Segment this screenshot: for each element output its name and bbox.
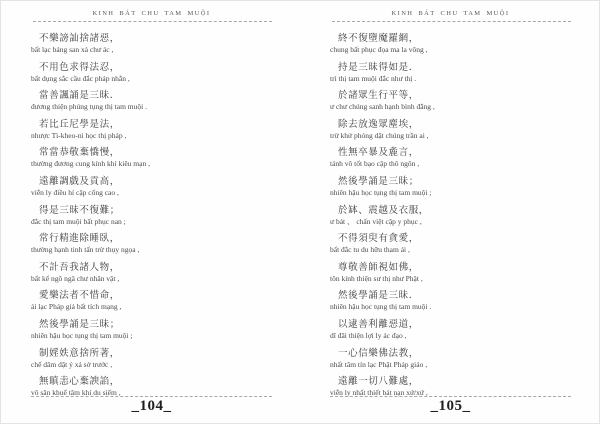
couplet-line-chinese: 然後學誦是三昧； — [330, 177, 571, 188]
couplet-line-chinese: 性無卒暴及麁言， — [330, 148, 571, 159]
couplet-line-vietnamese: nhiên hậu học tụng thị tam muội . — [330, 302, 571, 311]
page-number: _105_ — [330, 398, 571, 415]
couplet-line-vietnamese: ư bát 、 chấn việt cập y phục , — [330, 217, 571, 226]
page-right: KINH BÁT CHU TAM MUỘI 終不復墮魔羅網， chung bất… — [300, 1, 599, 424]
page-right-footer: _105_ — [330, 396, 571, 415]
verse-couplet: 常當恭敬棄憍慢， thường đương cung kính khí kiêu… — [31, 148, 272, 168]
couplet-line-chinese: 以逮善利離惡道， — [330, 320, 571, 331]
couplet-line-chinese: 一心信樂佛法教， — [330, 349, 571, 360]
header-rule — [33, 21, 272, 22]
couplet-line-vietnamese: tôn kính thiện sư thị như Phật , — [330, 274, 571, 283]
page-right-header: KINH BÁT CHU TAM MUỘI — [330, 9, 571, 22]
couplet-line-chinese: 然後學誦是三昧． — [330, 291, 571, 302]
verse-couplet: 愛樂法者不惜命， ái lạc Pháp giả bất tích mạng , — [31, 291, 272, 311]
running-header: KINH BÁT CHU TAM MUỘI — [330, 9, 571, 18]
verse-couplet: 持是三昧得如是． trì thị tam muội đắc như thị . — [330, 63, 571, 83]
couplet-line-chinese: 不計吾我諸人物， — [31, 263, 272, 274]
couplet-line-vietnamese: ái lạc Pháp giả bất tích mạng , — [31, 302, 272, 311]
footer-rule — [330, 396, 571, 397]
couplet-line-chinese: 若比丘尼學是法， — [31, 120, 272, 131]
couplet-line-chinese: 愛樂法者不惜命， — [31, 291, 272, 302]
couplet-line-chinese: 持是三昧得如是． — [330, 63, 571, 74]
couplet-line-vietnamese: nhiên hậu học tụng thị tam muội ; — [31, 331, 272, 340]
couplet-line-vietnamese: chung bất phục đọa ma la võng , — [330, 45, 571, 54]
page-left: KINH BÁT CHU TAM MUỘI 不樂謗訕捨諸惡， bất lạc b… — [1, 1, 300, 424]
verse-couplet: 無瞋恚心棄諛諂， vô sân khuể tâm khí du siểm , — [31, 377, 272, 397]
page-number: _104_ — [31, 398, 272, 415]
verse-couplet: 若比丘尼學是法， nhược Tì-kheo-ni học thị pháp , — [31, 120, 272, 140]
couplet-line-vietnamese: đương thiện phúng tụng thị tam muội . — [31, 102, 272, 111]
verse-couplet: 性無卒暴及麁言， tánh vô tốt bạo cập thô ngôn , — [330, 148, 571, 168]
couplet-line-vietnamese: bất kể ngô ngã chư nhân vật , — [31, 274, 272, 283]
verse-couplets: 不樂謗訕捨諸惡， bất lạc báng san xả chư ác , 不用… — [31, 34, 272, 397]
verse-couplet: 一心信樂佛法教， nhất tâm tín lạc Phật Pháp giáo… — [330, 349, 571, 369]
couplet-line-vietnamese: ư chư chúng sanh hạnh bình đẳng , — [330, 102, 571, 111]
couplet-line-chinese: 不用色求得法忍， — [31, 63, 272, 74]
footer-rule — [31, 396, 272, 397]
couplet-line-vietnamese: thường đương cung kính khí kiêu mạn , — [31, 159, 272, 168]
couplet-line-vietnamese: nhược Tì-kheo-ni học thị pháp , — [31, 131, 272, 140]
verse-couplet: 不用色求得法忍， bất dụng sắc cầu đắc pháp nhẫn … — [31, 63, 272, 83]
page-left-footer: _104_ — [31, 396, 272, 415]
verse-couplet: 不樂謗訕捨諸惡， bất lạc báng san xả chư ác , — [31, 34, 272, 54]
couplet-line-vietnamese: tánh vô tốt bạo cập thô ngôn , — [330, 159, 571, 168]
couplet-line-chinese: 於缽、震越及衣服， — [330, 206, 571, 217]
couplet-line-vietnamese: chế dâm dật ý xả sở trước , — [31, 360, 272, 369]
verse-couplet: 遠離調戲及貢高， viễn ly điều hí cập cống cao , — [31, 177, 272, 197]
couplet-line-vietnamese: thường hạnh tinh tấn trừ thụy ngọa , — [31, 245, 272, 254]
verse-couplet: 除去放逸眾塵埃， trừ khử phóng dật chúng trần ai… — [330, 120, 571, 140]
couplet-line-chinese: 終不復墮魔羅網， — [330, 34, 571, 45]
header-rule — [332, 21, 571, 22]
couplet-line-chinese: 無瞋恚心棄諛諂， — [31, 377, 272, 388]
verse-couplet: 於缽、震越及衣服， ư bát 、 chấn việt cập y phục , — [330, 206, 571, 226]
couplet-line-chinese: 制婬妷意捨所著， — [31, 349, 272, 360]
verse-couplet: 以逮善利離惡道， dĩ đãi thiện lợi ly ác đạo , — [330, 320, 571, 340]
couplet-line-vietnamese: bất lạc báng san xả chư ác , — [31, 45, 272, 54]
couplet-line-chinese: 常行精進除睡臥， — [31, 234, 272, 245]
couplet-line-vietnamese: bất đắc tu du hữu tham ái , — [330, 245, 571, 254]
couplet-line-chinese: 遠離一切八難處， — [330, 377, 571, 388]
couplet-line-chinese: 尊敬善師視如佛， — [330, 263, 571, 274]
couplet-line-vietnamese: dĩ đãi thiện lợi ly ác đạo , — [330, 331, 571, 340]
book-spread: KINH BÁT CHU TAM MUỘI 不樂謗訕捨諸惡， bất lạc b… — [1, 1, 599, 423]
verse-couplet: 不得須臾有貪愛， bất đắc tu du hữu tham ái , — [330, 234, 571, 254]
verse-couplet: 然後學誦是三昧； nhiên hậu học tụng thị tam muội… — [330, 177, 571, 197]
verse-couplet: 於諸眾生行平等， ư chư chúng sanh hạnh bình đẳng… — [330, 91, 571, 111]
running-header: KINH BÁT CHU TAM MUỘI — [31, 9, 272, 18]
couplet-line-vietnamese: đắc thị tam muội bất phục nan ; — [31, 217, 272, 226]
verse-couplet: 不計吾我諸人物， bất kể ngô ngã chư nhân vật , — [31, 263, 272, 283]
couplet-line-vietnamese: nhiên hậu học tụng thị tam muội ; — [330, 188, 571, 197]
couplet-line-chinese: 不樂謗訕捨諸惡， — [31, 34, 272, 45]
verse-couplet: 終不復墮魔羅網， chung bất phục đọa ma la võng , — [330, 34, 571, 54]
couplet-line-vietnamese: nhất tâm tín lạc Phật Pháp giáo , — [330, 360, 571, 369]
couplet-line-chinese: 遠離調戲及貢高， — [31, 177, 272, 188]
couplet-line-chinese: 於諸眾生行平等， — [330, 91, 571, 102]
scanned-book-spread: KINH BÁT CHU TAM MUỘI 不樂謗訕捨諸惡， bất lạc b… — [0, 0, 600, 424]
verse-couplet: 然後學誦是三昧． nhiên hậu học tụng thị tam muội… — [330, 291, 571, 311]
verse-couplet: 制婬妷意捨所著， chế dâm dật ý xả sở trước , — [31, 349, 272, 369]
couplet-line-vietnamese: trừ khử phóng dật chúng trần ai , — [330, 131, 571, 140]
verse-couplets: 終不復墮魔羅網， chung bất phục đọa ma la võng ,… — [330, 34, 571, 397]
couplet-line-chinese: 當善諷誦是三昧． — [31, 91, 272, 102]
verse-couplet: 尊敬善師視如佛， tôn kính thiện sư thị như Phật … — [330, 263, 571, 283]
couplet-line-vietnamese: bất dụng sắc cầu đắc pháp nhẫn , — [31, 74, 272, 83]
couplet-line-vietnamese: trì thị tam muội đắc như thị . — [330, 74, 571, 83]
couplet-line-chinese: 然後學誦是三昧； — [31, 320, 272, 331]
verse-couplet: 當善諷誦是三昧． đương thiện phúng tụng thị tam … — [31, 91, 272, 111]
verse-couplet: 然後學誦是三昧； nhiên hậu học tụng thị tam muội… — [31, 320, 272, 340]
page-left-header: KINH BÁT CHU TAM MUỘI — [31, 9, 272, 22]
couplet-line-chinese: 得是三昧不復難； — [31, 206, 272, 217]
couplet-line-chinese: 常當恭敬棄憍慢， — [31, 148, 272, 159]
verse-couplet: 遠離一切八難處， viễn ly nhất thiết bát nạn xứ/x… — [330, 377, 571, 397]
verse-couplet: 得是三昧不復難； đắc thị tam muội bất phục nan ; — [31, 206, 272, 226]
couplet-line-chinese: 不得須臾有貪愛， — [330, 234, 571, 245]
couplet-line-vietnamese: viễn ly điều hí cập cống cao , — [31, 188, 272, 197]
verse-couplet: 常行精進除睡臥， thường hạnh tinh tấn trừ thụy n… — [31, 234, 272, 254]
couplet-line-chinese: 除去放逸眾塵埃， — [330, 120, 571, 131]
